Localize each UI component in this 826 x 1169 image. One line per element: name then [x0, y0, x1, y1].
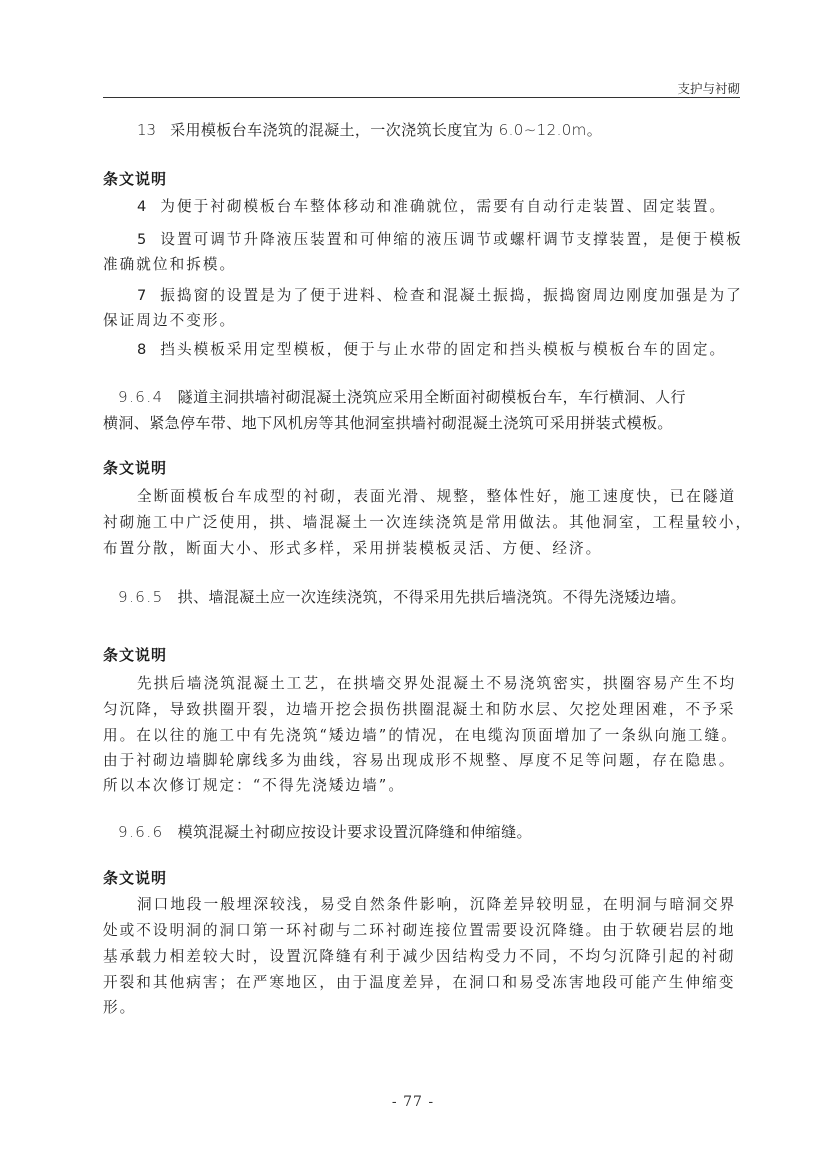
explanation-paragraph-line: 由于衬砌边墙脚轮廓线多为曲线，容易出现成形不规整、厚度不足等问题，存在隐患。 [103, 752, 735, 770]
explanation-paragraph-line: 开裂和其他病害；在严寒地区，由于温度差异，在洞口和易受冻害地段可能产生伸缩变 [103, 974, 735, 992]
explanation-item-5-cont: 准确就位和拆模。 [103, 256, 236, 274]
explanation-paragraph-line: 匀沉降，导致拱圈开裂，边墙开挖会损伤拱圈混凝土和防水层、欠挖处理困难，不予采 [103, 701, 735, 719]
item-number: 4 [137, 198, 146, 216]
explanation-paragraph-line: 形。 [103, 999, 136, 1017]
header-rule [103, 97, 740, 98]
explanation-item-7: 7振捣窗的设置是为了便于进料、检查和混凝土振捣，振捣窗周边刚度加强是为了 [137, 287, 743, 305]
clause-9-6-4: 9.6.4隧道主洞拱墙衬砌混凝土浇筑应采用全断面衬砌模板台车，车行横洞、人行 [118, 388, 686, 406]
explanation-heading: 条文说明 [103, 869, 167, 887]
running-header: 支护与衬砌 [600, 79, 740, 97]
explanation-paragraph-line: 衬砌施工中广泛使用，拱、墙混凝土一次连续浇筑是常用做法。其他洞室，工程量较小， [103, 514, 752, 532]
clause-9-6-4-cont: 横洞、紧急停车带、地下风机房等其他洞室拱墙衬砌混凝土浇筑可采用拼装式模板。 [103, 414, 673, 432]
item-number: 13 [137, 121, 156, 139]
explanation-paragraph-line: 基承载力相差较大时，设置沉降缝有利于减少因结构受力不同，不均匀沉降引起的衬砌 [103, 948, 735, 966]
explanation-paragraph-line: 洞口地段一般埋深较浅，易受自然条件影响，沉降差异较明显，在明洞与暗洞交界 [137, 896, 736, 914]
explanation-paragraph-line: 用。在以往的施工中有先浇筑“矮边墙”的情况，在电缆沟顶面增加了一条纵向施工缝。 [103, 727, 738, 745]
clause-9-6-5: 9.6.5拱、墙混凝土应一次连续浇筑，不得采用先拱后墙浇筑。不得先浇矮边墙。 [118, 588, 686, 606]
item-text: 挡头模板采用定型模板，便于与止水带的固定和挡头模板与模板台车的固定。 [160, 341, 726, 358]
item-number: 8 [137, 341, 146, 359]
clause-number: 9.6.6 [118, 823, 164, 841]
item-text: 采用模板台车浇筑的混凝土，一次浇筑长度宜为 6.0~12.0m。 [170, 121, 602, 139]
explanation-paragraph-line: 布置分散，断面大小、形式多样，采用拼装模板灵活、方便、经济。 [103, 540, 602, 558]
clause-number: 9.6.5 [118, 588, 164, 606]
document-page: 支护与衬砌 13采用模板台车浇筑的混凝土，一次浇筑长度宜为 6.0~12.0m。… [0, 0, 826, 1169]
item-text: 设置可调节升降液压装置和可伸缩的液压调节或螺杆调节支撑装置，是便于模板 [160, 231, 743, 248]
item-number: 7 [137, 287, 146, 305]
explanation-paragraph-line: 全断面模板台车成型的衬砌，表面光滑、规整，整体性好，施工速度快，已在隧道 [137, 488, 736, 506]
page-number: - 77 - [0, 1094, 826, 1110]
clause-text: 拱、墙混凝土应一次连续浇筑，不得采用先拱后墙浇筑。不得先浇矮边墙。 [178, 588, 686, 606]
item-number: 5 [137, 231, 146, 249]
item-13: 13采用模板台车浇筑的混凝土，一次浇筑长度宜为 6.0~12.0m。 [137, 121, 602, 139]
item-text: 为便于衬砌模板台车整体移动和准确就位，需要有自动行走装置、固定装置。 [160, 198, 726, 215]
item-text: 振捣窗的设置是为了便于进料、检查和混凝土振捣，振捣窗周边刚度加强是为了 [160, 287, 743, 304]
explanation-item-7-cont: 保证周边不变形。 [103, 312, 236, 330]
explanation-item-4: 4为便于衬砌模板台车整体移动和准确就位，需要有自动行走装置、固定装置。 [137, 198, 726, 216]
explanation-item-5: 5设置可调节升降液压装置和可伸缩的液压调节或螺杆调节支撑装置，是便于模板 [137, 231, 743, 249]
clause-number: 9.6.4 [118, 388, 164, 406]
explanation-item-8: 8挡头模板采用定型模板，便于与止水带的固定和挡头模板与模板台车的固定。 [137, 341, 726, 359]
explanation-paragraph-line: 处或不设明洞的洞口第一环衬砌与二环衬砌连接位置需要设沉降缝。由于软硬岩层的地 [103, 922, 735, 940]
explanation-paragraph-line: 所以本次修订规定：“不得先浇矮边墙”。 [103, 777, 405, 795]
clause-text: 隧道主洞拱墙衬砌混凝土浇筑应采用全断面衬砌模板台车，车行横洞、人行 [178, 388, 686, 406]
clause-9-6-6: 9.6.6模筑混凝土衬砌应按设计要求设置沉降缝和伸缩缝。 [118, 823, 532, 841]
explanation-heading: 条文说明 [103, 459, 167, 477]
explanation-paragraph-line: 先拱后墙浇筑混凝土工艺，在拱墙交界处混凝土不易浇筑密实，拱圈容易产生不均 [137, 675, 736, 693]
clause-text: 模筑混凝土衬砌应按设计要求设置沉降缝和伸缩缝。 [178, 823, 532, 841]
explanation-heading: 条文说明 [103, 170, 167, 188]
explanation-heading: 条文说明 [103, 646, 167, 664]
